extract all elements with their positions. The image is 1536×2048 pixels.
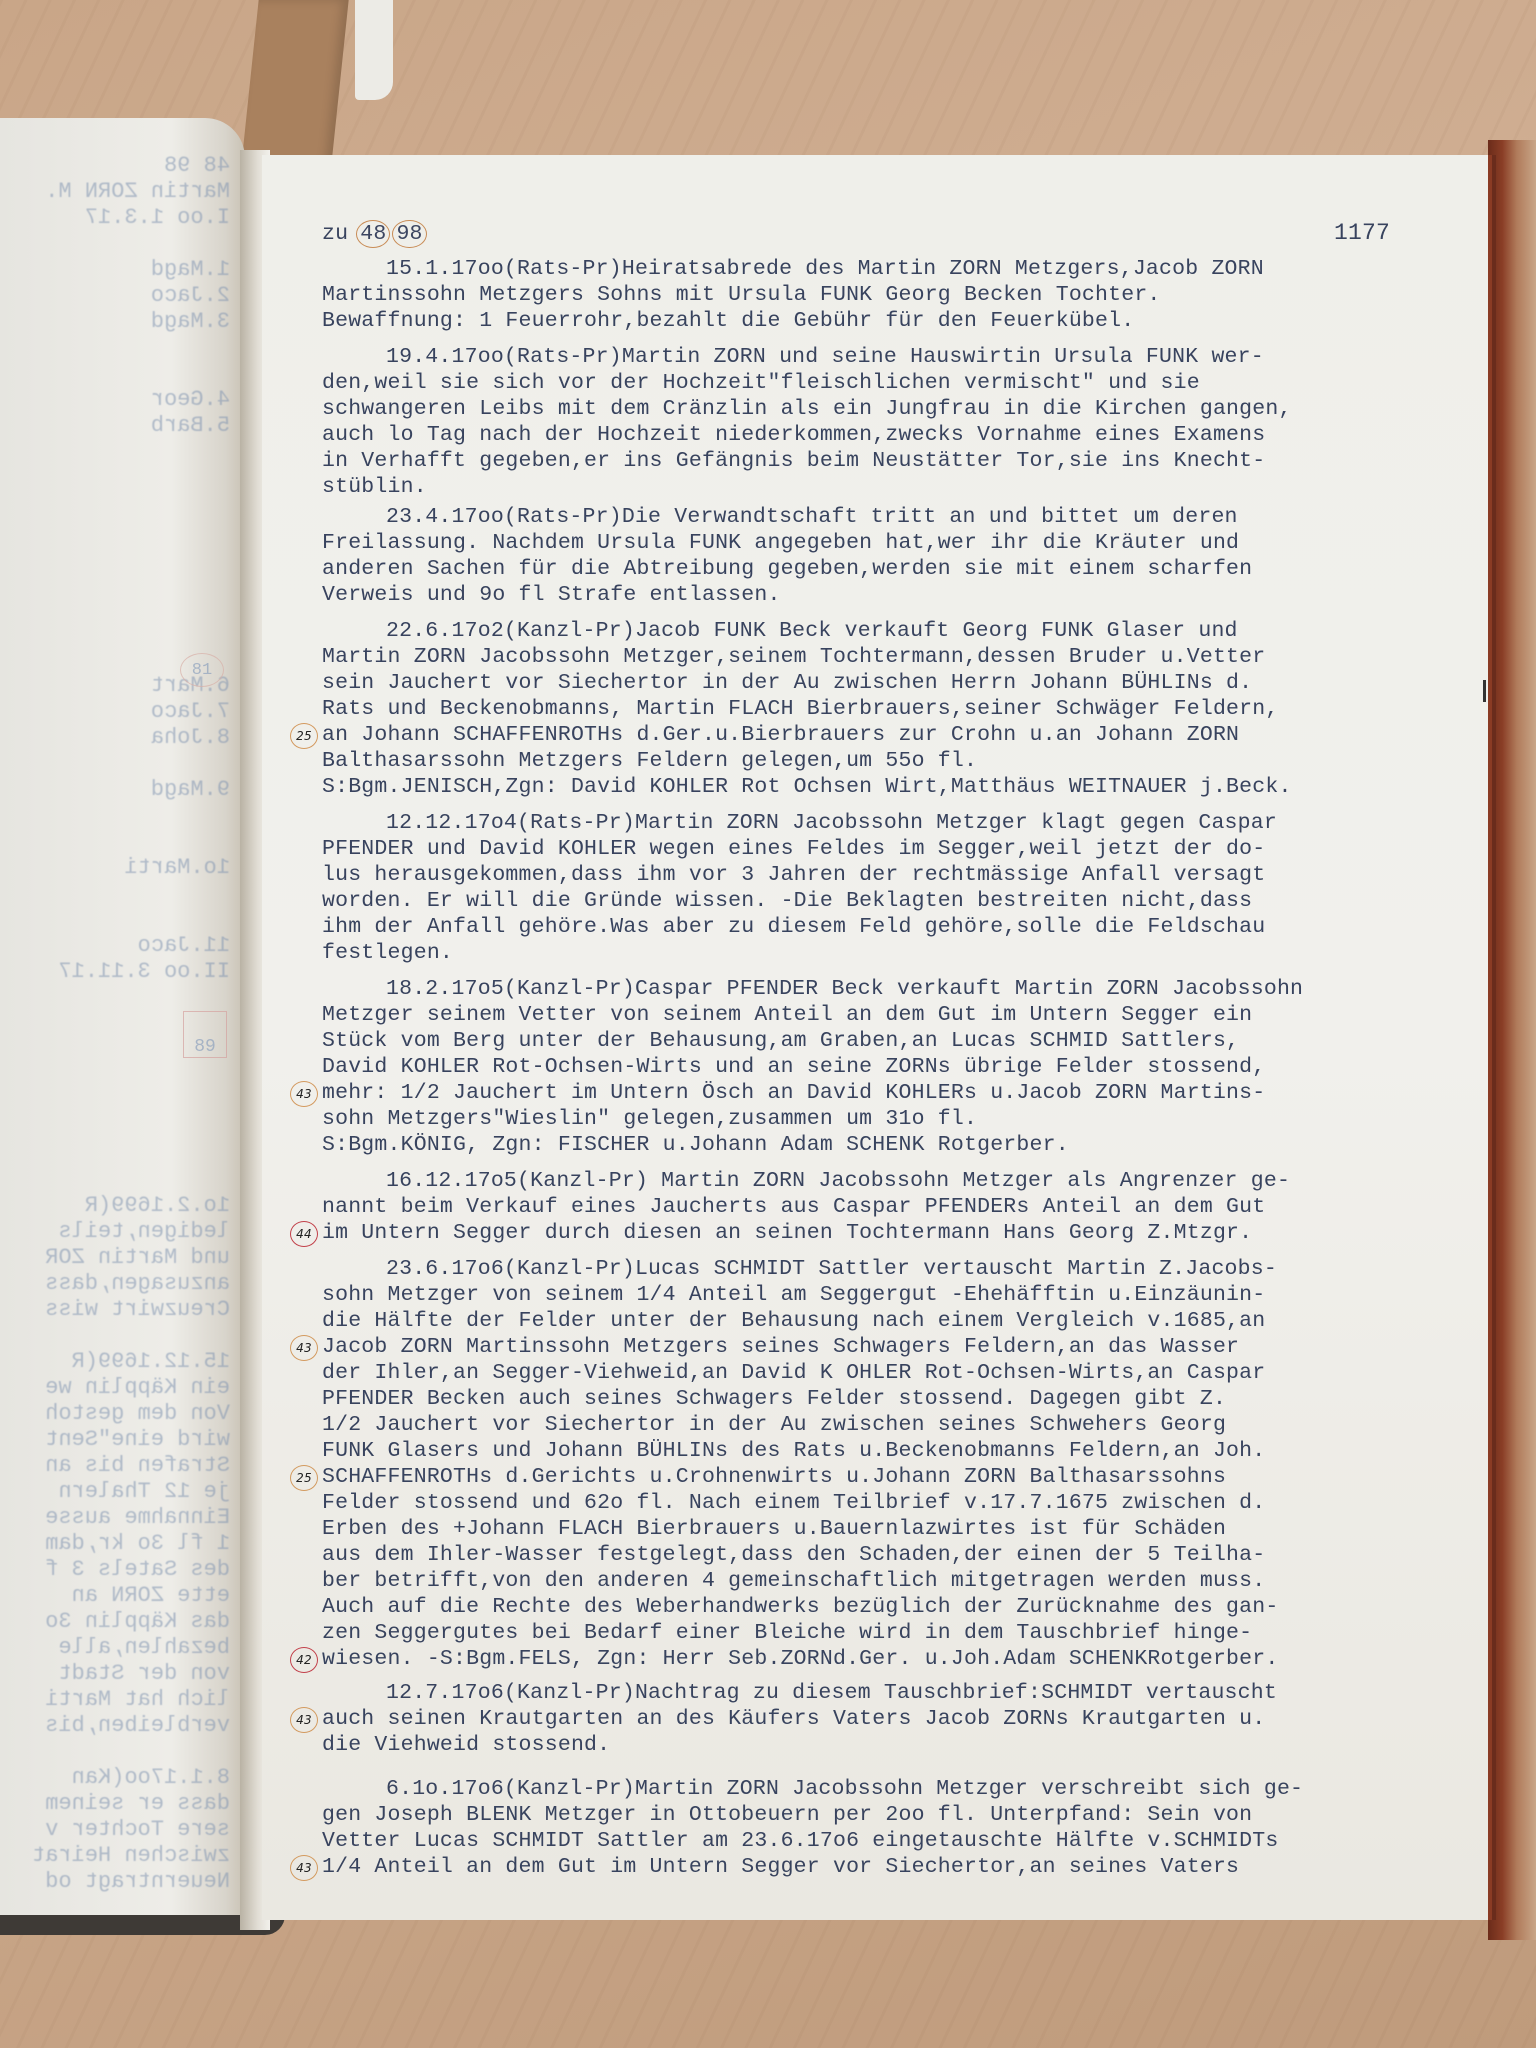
bleedthrough-line [0,621,230,647]
bleedthrough-line [0,881,230,907]
bookmark-ribbon-white [355,0,393,100]
bleedthrough-line: 7.Jaco [0,699,230,725]
entry-line: Bewaffnung: 1 Feuerrohr,bezahlt die Gebü… [322,308,1452,334]
entry-text: Martin ZORN Jacobssohn Metzger verschrei… [635,1777,1303,1801]
entry-first-line: 22.6.17o2(Kanzl-Pr)Jacob FUNK Beck verka… [322,618,1452,644]
bleedthrough-line: bezahlen,alle [0,1635,230,1661]
bleedthrough-line [0,1115,230,1141]
entry-line: festlegen. [322,940,1452,966]
entry-date: 6.1o.17o6(Kanzl-Pr) [386,1777,635,1801]
entry-first-line: 18.2.17o5(Kanzl-Pr)Caspar PFENDER Beck v… [322,976,1452,1002]
entry-date: 22.6.17o2(Kanzl-Pr) [386,619,635,643]
entry-line: wiesen. -S:Bgm.FELS, Zgn: Herr Seb.ZORNd… [322,1646,1452,1672]
entry-line: schwangeren Leibs mit dem Cränzlin als e… [322,396,1452,422]
bookmark-ribbon-brown [241,0,348,165]
bleedthrough-line: des Satels 3 f [0,1557,230,1583]
left-page-circled-ref: 81 [180,653,224,687]
bleedthrough-line: von der Stadt [0,1661,230,1687]
entry-date: 18.2.17o5(Kanzl-Pr) [386,977,635,1001]
bleedthrough-line [0,439,230,465]
entry-line: mehr: 1/2 Jauchert im Untern Ösch an Dav… [322,1080,1452,1106]
bleedthrough-line [0,751,230,777]
typewritten-content: zu4898 1177 15.1.17oo(Rats-Pr)Heiratsabr… [322,220,1452,1880]
entry-first-line: 19.4.17oo(Rats-Pr)Martin ZORN und seine … [322,344,1452,370]
document-entry: 12.12.17o4(Rats-Pr)Martin ZORN Jacobssoh… [322,810,1452,966]
entry-first-line: 16.12.17o5(Kanzl-Pr) Martin ZORN Jacobss… [322,1168,1452,1194]
entry-line: 1/2 Jauchert vor Siechertor in der Au zw… [322,1412,1452,1438]
margin-annotation: 43 [290,1707,318,1733]
bleedthrough-line [0,517,230,543]
bleedthrough-line: 5.Barb [0,413,230,439]
entry-text: Nachtrag zu diesem Tauschbrief:SCHMIDT v… [635,1681,1277,1705]
bleedthrough-line: sere Tochter v [0,1817,230,1843]
entry-date: 19.4.17oo(Rats-Pr) [386,345,622,369]
entry-line: Jacob ZORN Martinssohn Metzgers seines S… [322,1334,1452,1360]
cross-reference: zu4898 [322,220,429,248]
document-entry: 22.6.17o2(Kanzl-Pr)Jacob FUNK Beck verka… [322,618,1452,800]
entry-line: aus dem Ihler-Wasser festgelegt,dass den… [322,1542,1452,1568]
margin-annotation: 42 [290,1647,318,1673]
bleedthrough-line: und Martin ZOR [0,1245,230,1271]
entry-line: gen Joseph BLENK Metzger in Ottobeuern p… [322,1802,1452,1828]
bleedthrough-line: Von dem gestoh [0,1401,230,1427]
entry-line: stüblin. [322,474,1452,500]
bleedthrough-line [0,335,230,361]
entry-line: S:Bgm.JENISCH,Zgn: David KOHLER Rot Ochs… [322,774,1452,800]
bleedthrough-line [0,231,230,257]
bleedthrough-line: anzusagen,dass [0,1271,230,1297]
bleedthrough-line [0,1141,230,1167]
bleedthrough-line: 8.Joha [0,725,230,751]
bleedthrough-line: 1o.2.1699(R [0,1193,230,1219]
entry-line: Freilassung. Nachdem Ursula FUNK angegeb… [322,530,1452,556]
entry-first-line: 23.6.17o6(Kanzl-Pr)Lucas SCHMIDT Sattler… [322,1256,1452,1282]
entry-line: David KOHLER Rot-Ochsen-Wirts und an sei… [322,1054,1452,1080]
margin-annotation: 43 [290,1855,318,1881]
bleedthrough-line: das Käpplin 3o [0,1609,230,1635]
entry-line: PFENDER Becken auch seines Schwagers Fel… [322,1386,1452,1412]
document-entry: 23.4.17oo(Rats-Pr)Die Verwandtschaft tri… [322,504,1452,608]
entry-text: Lucas SCHMIDT Sattler vertauscht Martin … [635,1257,1277,1281]
bleedthrough-line: 1o.Marti [0,855,230,881]
entry-line: die Hälfte der Felder unter der Behausun… [322,1308,1452,1334]
bleedthrough-line [0,803,230,829]
entry-line: den,weil sie sich vor der Hochzeit"fleis… [322,370,1452,396]
entry-line: ihm der Anfall gehöre.Was aber zu diesem… [322,914,1452,940]
bleedthrough-line: 4.Geor [0,387,230,413]
entry-line: Balthasarssohn Metzgers Feldern gelegen,… [322,748,1452,774]
bleedthrough-line: 2.Jaco [0,283,230,309]
entry-line: Erben des +Johann FLACH Bierbrauers u.Ba… [322,1516,1452,1542]
entry-text: Martin ZORN und seine Hauswirtin Ursula … [622,345,1264,369]
margin-annotation: 25 [290,723,318,749]
bleedthrough-line: Strafen bis an [0,1453,230,1479]
bleedthrough-line [0,595,230,621]
entry-line: der Ihler,an Segger-Viehweid,an David K … [322,1360,1452,1386]
entry-text: Martin ZORN Jacobssohn Metzger als Angre… [648,1169,1290,1193]
bleedthrough-line [0,465,230,491]
entry-line: sohn Metzgers"Wieslin" gelegen,zusammen … [322,1106,1452,1132]
bleedthrough-line: wird eine"Sent [0,1427,230,1453]
entry-line: lus herausgekommen,dass ihm vor 3 Jahren… [322,862,1452,888]
bleedthrough-line [0,543,230,569]
entry-line: Felder stossend und 62o fl. Nach einem T… [322,1490,1452,1516]
left-page: 48 98Martin ZORN M.I.oo 1.3.17 1.Magd2.J… [0,118,245,1918]
entry-line: Rats und Beckenobmanns, Martin FLACH Bie… [322,696,1452,722]
bleedthrough-line: verbleiben,bis [0,1713,230,1739]
entry-date: 23.6.17o6(Kanzl-Pr) [386,1257,635,1281]
bleedthrough-line: ette ZORN an [0,1583,230,1609]
bleedthrough-line: Neuerntragt od [0,1869,230,1895]
bleedthrough-line: II.oo 3.11.17 [0,959,230,985]
bleedthrough-line [0,985,230,1011]
entry-text: Die Verwandtschaft tritt an und bittet u… [622,505,1238,529]
right-page: zu4898 1177 15.1.17oo(Rats-Pr)Heiratsabr… [262,155,1488,1920]
bleedthrough-line: I.oo 1.3.17 [0,205,230,231]
entry-line: auch lo Tag nach der Hochzeit niederkomm… [322,422,1452,448]
bleedthrough-line [0,361,230,387]
entry-line: die Viehweid stossend. [322,1732,1452,1758]
bleedthrough-line: 15.12.1699(R [0,1349,230,1375]
document-entry: 12.7.17o6(Kanzl-Pr)Nachtrag zu diesem Ta… [322,1680,1452,1758]
entry-line: FUNK Glasers und Johann BÜHLINs des Rats… [322,1438,1452,1464]
page-edge-mark [1483,680,1486,702]
entry-line: auch seinen Krautgarten an des Käufers V… [322,1706,1452,1732]
bleedthrough-line [0,491,230,517]
entry-first-line: 15.1.17oo(Rats-Pr)Heiratsabrede des Mart… [322,256,1452,282]
document-entry: 16.12.17o5(Kanzl-Pr) Martin ZORN Jacobss… [322,1168,1452,1246]
entry-line: im Untern Segger durch diesen an seinen … [322,1220,1452,1246]
bleedthrough-line: dass er seinem [0,1791,230,1817]
circled-ref-1: 48 [356,220,390,248]
entry-date: 12.12.17o4(Rats-Pr) [386,811,635,835]
page-number: 1177 [1334,220,1390,248]
bleedthrough-line [0,1089,230,1115]
bleedthrough-line: Einnahme ausse [0,1505,230,1531]
entry-text: Martin ZORN Jacobssohn Metzger klagt geg… [635,811,1277,835]
entry-text: Jacob FUNK Beck verkauft Georg FUNK Glas… [635,619,1238,643]
bleedthrough-line: ledigen,teils [0,1219,230,1245]
entry-date: 12.7.17o6(Kanzl-Pr) [386,1681,635,1705]
entry-line: Martin ZORN Jacobssohn Metzger,seinem To… [322,644,1452,670]
entry-line: ber betrifft,von den anderen 4 gemeinsch… [322,1568,1452,1594]
bleedthrough-line: Martin ZORN M. [0,179,230,205]
document-entry: 15.1.17oo(Rats-Pr)Heiratsabrede des Mart… [322,256,1452,334]
bleedthrough-line [0,1739,230,1765]
entry-line: Martinssohn Metzgers Sohns mit Ursula FU… [322,282,1452,308]
entry-first-line: 23.4.17oo(Rats-Pr)Die Verwandtschaft tri… [322,504,1452,530]
margin-annotation: 43 [290,1335,318,1361]
bleedthrough-line [0,907,230,933]
bleedthrough-line: ein Käpplin we [0,1375,230,1401]
page-header: zu4898 1177 [322,220,1452,248]
bleedthrough-line: 48 98 [0,153,230,179]
bleedthrough-line: 1 fl 3o kr,dam [0,1531,230,1557]
entry-line: Stück vom Berg unter der Behausung,am Gr… [322,1028,1452,1054]
document-entry: 23.6.17o6(Kanzl-Pr)Lucas SCHMIDT Sattler… [322,1256,1452,1672]
bleedthrough-line [0,1063,230,1089]
entry-line: worden. Er will die Gründe wissen. -Die … [322,888,1452,914]
entry-line: in Verhafft gegeben,er ins Gefängnis bei… [322,448,1452,474]
bleedthrough-line: Creuzwirt wiss [0,1297,230,1323]
entry-line: sein Jauchert vor Siechertor in der Au z… [322,670,1452,696]
left-page-boxed-ref: 89 [183,1011,227,1058]
entry-date: 15.1.17oo(Rats-Pr) [386,257,622,281]
bleedthrough-line: 3.Magd [0,309,230,335]
bleedthrough-line: 9.Magd [0,777,230,803]
entry-line: an Johann SCHAFFENROTHs d.Ger.u.Bierbrau… [322,722,1452,748]
entry-text: Heiratsabrede des Martin ZORN Metzgers,J… [622,257,1264,281]
bleedthrough-line [0,569,230,595]
margin-annotation: 25 [290,1465,318,1491]
entry-line: anderen Sachen für die Abtreibung gegebe… [322,556,1452,582]
entry-text: Caspar PFENDER Beck verkauft Martin ZORN… [635,977,1303,1001]
bleedthrough-line: lich hat Marti [0,1687,230,1713]
entry-line: Verweis und 9o fl Strafe entlassen. [322,582,1452,608]
entry-first-line: 12.7.17o6(Kanzl-Pr)Nachtrag zu diesem Ta… [322,1680,1452,1706]
margin-annotation: 43 [290,1081,318,1107]
entry-line: sohn Metzger von seinem 1/4 Anteil am Se… [322,1282,1452,1308]
entry-first-line: 12.12.17o4(Rats-Pr)Martin ZORN Jacobssoh… [322,810,1452,836]
entry-date: 23.4.17oo(Rats-Pr) [386,505,622,529]
bleedthrough-line: 11.Jaco [0,933,230,959]
document-entry: 6.1o.17o6(Kanzl-Pr)Martin ZORN Jacobssoh… [322,1776,1452,1880]
entry-line: PFENDER und David KOHLER wegen eines Fel… [322,836,1452,862]
entry-first-line: 6.1o.17o6(Kanzl-Pr)Martin ZORN Jacobssoh… [322,1776,1452,1802]
ref-prefix: zu [322,222,348,246]
entry-line: S:Bgm.KÖNIG, Zgn: FISCHER u.Johann Adam … [322,1132,1452,1158]
entry-date: 16.12.17o5(Kanzl-Pr) [386,1169,648,1193]
entry-line: 1/4 Anteil an dem Gut im Untern Segger v… [322,1854,1452,1880]
document-entry: 19.4.17oo(Rats-Pr)Martin ZORN und seine … [322,344,1452,500]
bleedthrough-line: 8.1.17oo(Kan [0,1765,230,1791]
margin-annotation: 44 [290,1221,318,1247]
entry-list: 15.1.17oo(Rats-Pr)Heiratsabrede des Mart… [322,256,1452,1880]
bleedthrough-line [0,1167,230,1193]
circled-ref-2: 98 [392,220,426,248]
bleedthrough-line [0,829,230,855]
entry-line: Vetter Lucas SCHMIDT Sattler am 23.6.17o… [322,1828,1452,1854]
bleedthrough-line: je 12 Thalern [0,1479,230,1505]
entry-line: Metzger seinem Vetter von seinem Anteil … [322,1002,1452,1028]
document-entry: 18.2.17o5(Kanzl-Pr)Caspar PFENDER Beck v… [322,976,1452,1158]
bleedthrough-line [0,1323,230,1349]
entry-line: SCHAFFENROTHs d.Gerichts u.Crohnenwirts … [322,1464,1452,1490]
book-cover-right-edge [1488,140,1536,1940]
entry-line: nannt beim Verkauf eines Jaucherts aus C… [322,1194,1452,1220]
bleedthrough-line: 1.Magd [0,257,230,283]
entry-line: Auch auf die Rechte des Weberhandwerks b… [322,1594,1452,1620]
entry-line: zen Seggergutes bei Bedarf einer Bleiche… [322,1620,1452,1646]
bleedthrough-line: zwischen Heirat [0,1843,230,1869]
